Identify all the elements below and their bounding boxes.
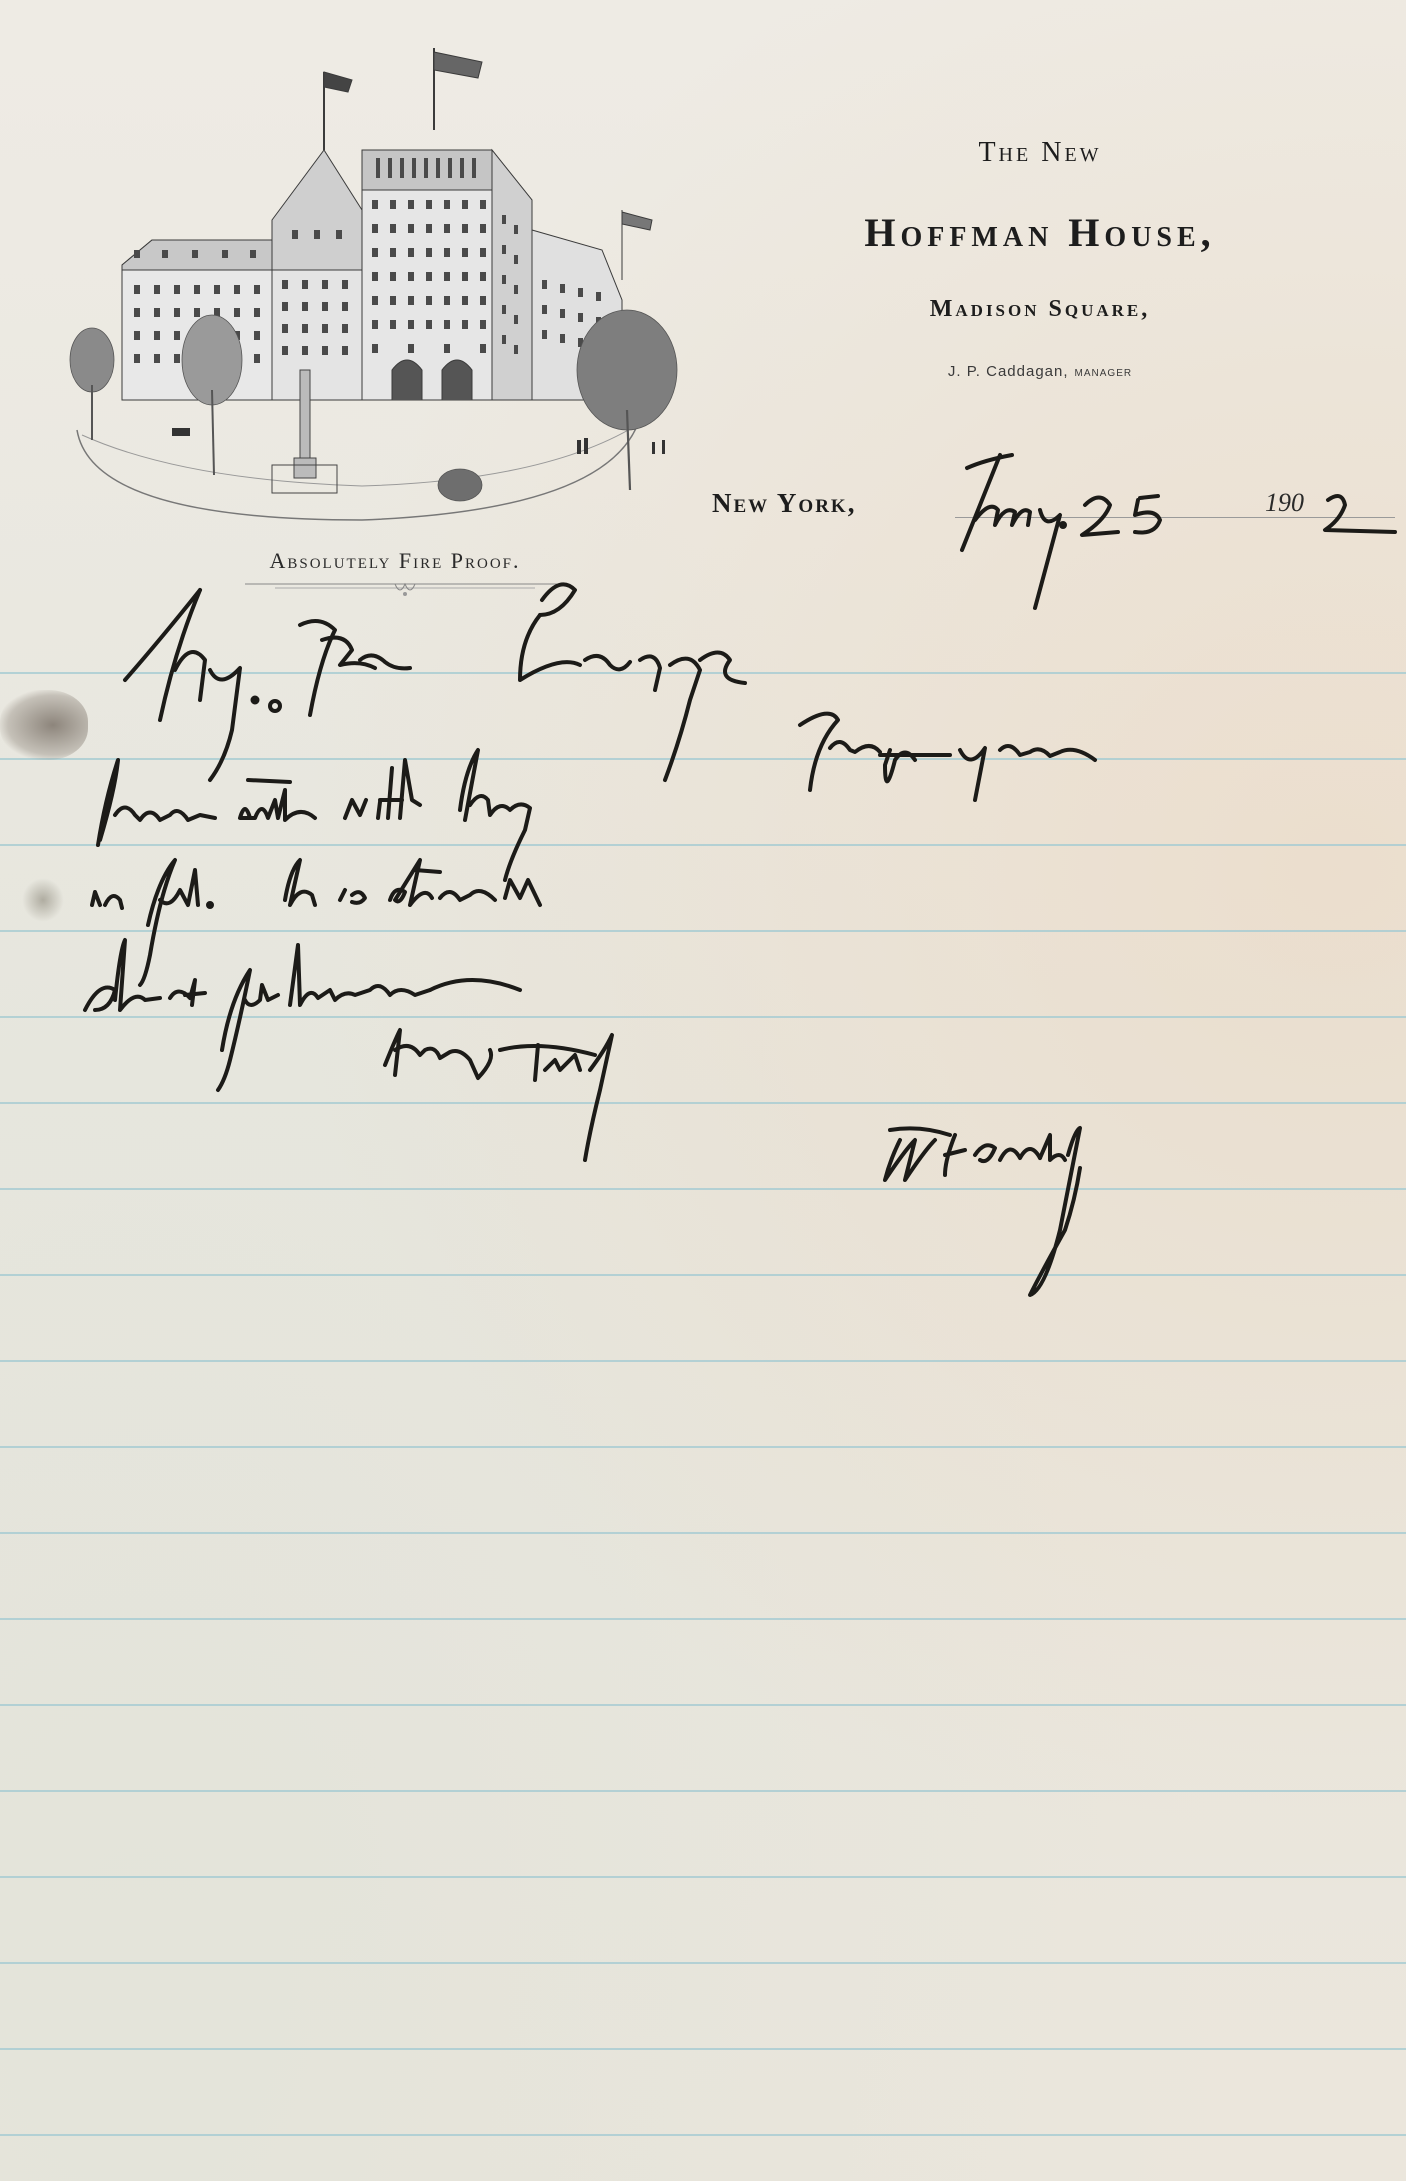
ruled-line — [0, 1016, 1406, 1018]
ruled-line — [0, 1704, 1406, 1706]
the-new-label: The New — [740, 137, 1340, 169]
ruled-line — [0, 1618, 1406, 1620]
ruled-line — [0, 1962, 1406, 1964]
hotel-name-block: The New Hoffman House, Madison Square, J… — [740, 130, 1340, 380]
manager-title: Manager — [1075, 368, 1133, 379]
ruled-line — [0, 1360, 1406, 1362]
ruled-line — [0, 1274, 1406, 1276]
ruled-line — [0, 930, 1406, 932]
date-underline — [955, 517, 1395, 518]
ornamental-divider — [245, 580, 565, 600]
engraving-caption: Absolutely Fire Proof. — [165, 548, 625, 574]
ink-stain — [0, 690, 88, 760]
ruled-line — [0, 1188, 1406, 1190]
ruled-line — [0, 1102, 1406, 1104]
ruled-line — [0, 2134, 1406, 2136]
ruled-line — [0, 1790, 1406, 1792]
ink-smudge — [22, 878, 64, 922]
ruled-line — [0, 672, 1406, 674]
ruled-line — [0, 758, 1406, 760]
ruled-line — [0, 844, 1406, 846]
manager-name: J. P. Caddagan, — [948, 363, 1069, 380]
city-printed: New York, — [712, 488, 856, 519]
ruled-line — [0, 2048, 1406, 2050]
ruled-line — [0, 1446, 1406, 1448]
letterhead: Absolutely Fire Proof. The New Hoffman H… — [0, 0, 1406, 600]
ruled-line — [0, 1532, 1406, 1534]
hotel-name: Hoffman House, — [740, 209, 1340, 256]
manager-line: J. P. Caddagan,Manager — [740, 363, 1340, 380]
hotel-location: Madison Square, — [740, 296, 1340, 323]
ruled-line — [0, 1876, 1406, 1878]
year-printed: 190 — [1265, 488, 1304, 518]
hotel-building-engraving — [62, 40, 702, 540]
